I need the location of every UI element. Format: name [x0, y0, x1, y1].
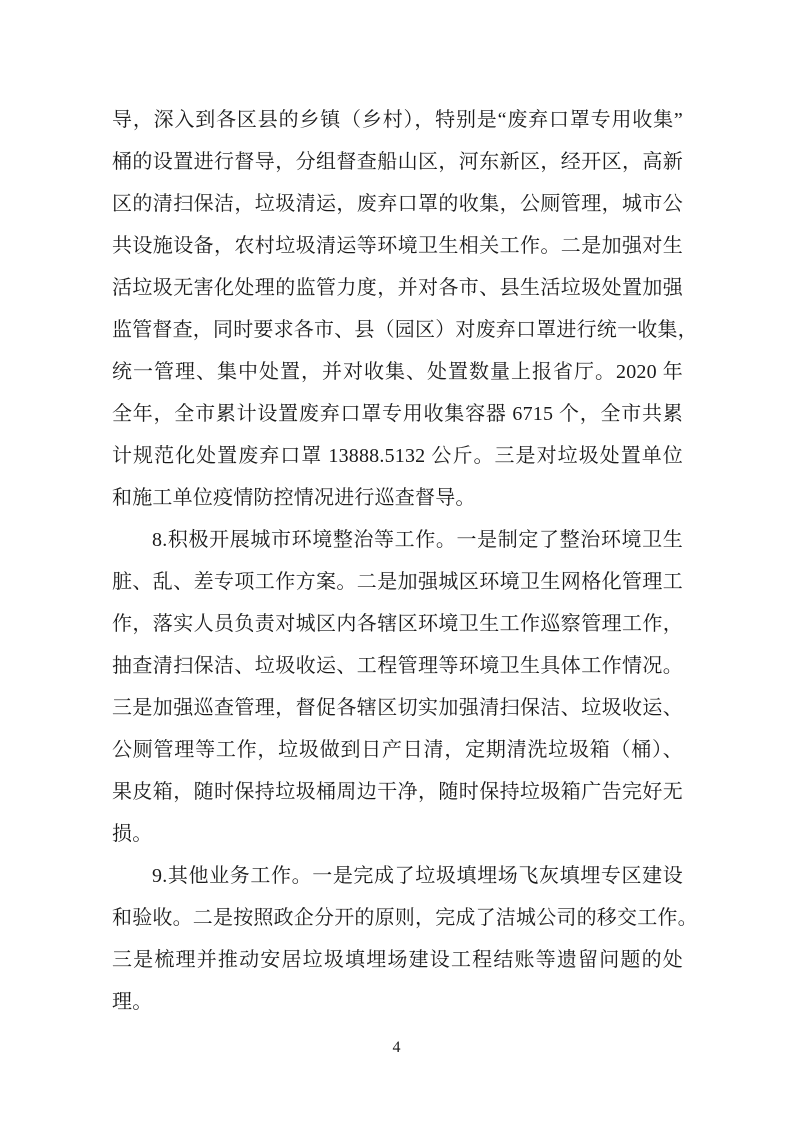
- document-line: 监管督查，同时要求各市、县（园区）对废弃口罩进行统一收集，: [112, 309, 683, 351]
- document-line: 计规范化处置废弃口罩 13888.5132 公斤。三是对垃圾处置单位: [112, 435, 683, 477]
- document-page: 导，深入到各区县的乡镇（乡村），特别是“废弃口罩专用收集” 桶的设置进行督导，分…: [0, 0, 793, 1122]
- document-line: 统一管理、集中处置，并对收集、处置数量上报省厅。2020 年: [112, 351, 683, 393]
- document-line-paragraph-8-start: 8.积极开展城市环境整治等工作。一是制定了整治环境卫生: [112, 519, 683, 561]
- document-line: 抽查清扫保洁、垃圾收运、工程管理等环境卫生具体工作情况。: [112, 645, 683, 687]
- document-line: 三是加强巡查管理，督促各辖区切实加强清扫保洁、垃圾收运、: [112, 687, 683, 729]
- document-line: 和施工单位疫情防控情况进行巡查督导。: [112, 477, 683, 519]
- document-line: 共设施设备，农村垃圾清运等环境卫生相关工作。二是加强对生: [112, 225, 683, 267]
- page-number: 4: [0, 1038, 793, 1058]
- document-line: 导，深入到各区县的乡镇（乡村），特别是“废弃口罩专用收集”: [112, 99, 683, 141]
- document-line-paragraph-9-start: 9.其他业务工作。一是完成了垃圾填埋场飞灰填埋专区建设: [112, 855, 683, 897]
- document-text-block: 导，深入到各区县的乡镇（乡村），特别是“废弃口罩专用收集” 桶的设置进行督导，分…: [112, 99, 683, 1023]
- document-line: 活垃圾无害化处理的监管力度，并对各市、县生活垃圾处置加强: [112, 267, 683, 309]
- document-line: 区的清扫保洁，垃圾清运，废弃口罩的收集，公厕管理，城市公: [112, 183, 683, 225]
- document-line: 理。: [112, 981, 683, 1023]
- document-line: 损。: [112, 813, 683, 855]
- document-line: 脏、乱、差专项工作方案。二是加强城区环境卫生网格化管理工: [112, 561, 683, 603]
- document-line: 和验收。二是按照政企分开的原则，完成了洁城公司的移交工作。: [112, 897, 683, 939]
- document-line: 果皮箱，随时保持垃圾桶周边干净，随时保持垃圾箱广告完好无: [112, 771, 683, 813]
- document-line: 作，落实人员负责对城区内各辖区环境卫生工作巡察管理工作，: [112, 603, 683, 645]
- document-line: 全年，全市累计设置废弃口罩专用收集容器 6715 个，全市共累: [112, 393, 683, 435]
- document-line: 三是梳理并推动安居垃圾填埋场建设工程结账等遗留问题的处: [112, 939, 683, 981]
- document-line: 桶的设置进行督导，分组督查船山区，河东新区，经开区，高新: [112, 141, 683, 183]
- document-line: 公厕管理等工作，垃圾做到日产日清，定期清洗垃圾箱（桶）、: [112, 729, 683, 771]
